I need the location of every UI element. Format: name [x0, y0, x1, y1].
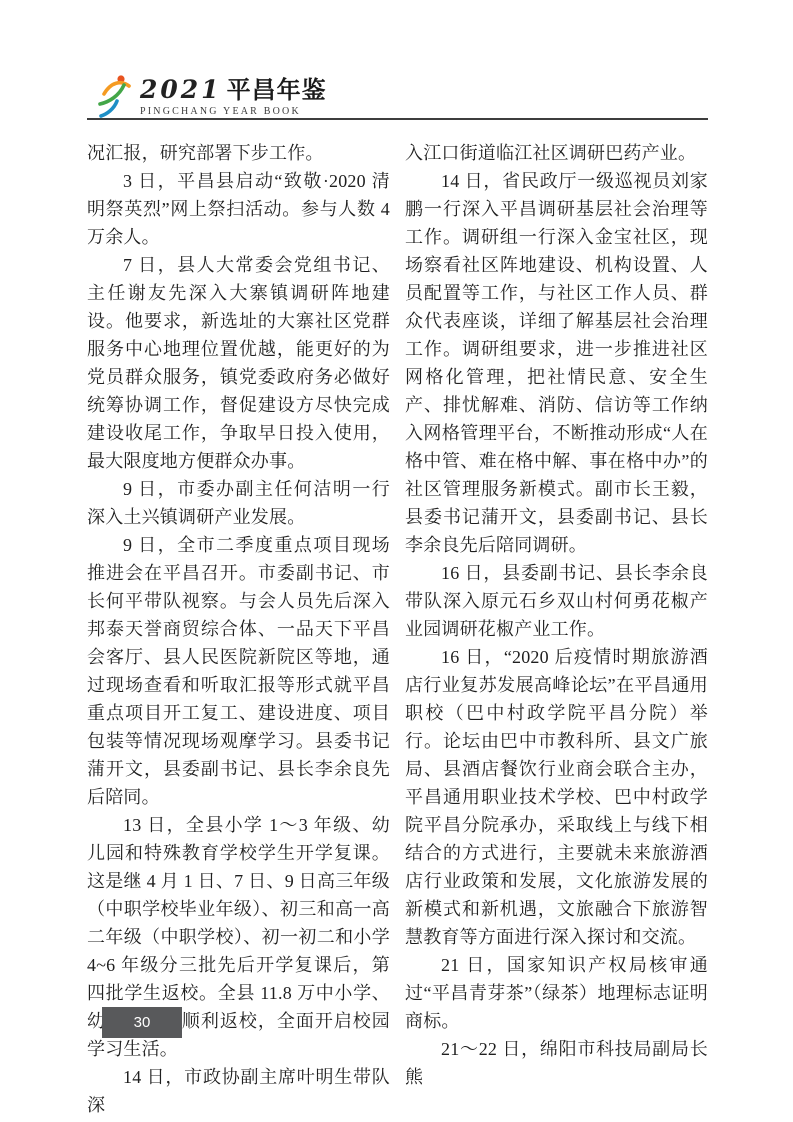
left-column: 况汇报，研究部署下步工作。 3 日，平昌县启动“致敬·2020 清明祭英烈”网上… [87, 139, 390, 1119]
paragraph: 16 日，“2020 后疫情时期旅游酒店行业复苏发展高峰论坛”在平昌通用职校（巴… [405, 643, 708, 951]
page-header: 2021 平昌年鉴 PINGCHANG YEAR BOOK [97, 70, 327, 120]
paragraph: 况汇报，研究部署下步工作。 [87, 139, 390, 167]
page-body: 况汇报，研究部署下步工作。 3 日，平昌县启动“致敬·2020 清明祭英烈”网上… [87, 139, 708, 1119]
paragraph: 入江口街道临江社区调研巴药产业。 [405, 139, 708, 167]
page-number-badge: 30 [102, 1007, 182, 1038]
paragraph: 21〜22 日，绵阳市科技局副局长熊 [405, 1035, 708, 1091]
logo-year: 2021 [140, 75, 222, 104]
logo-title-cn: 平昌年鉴 [227, 70, 327, 105]
logo-text: 2021 平昌年鉴 PINGCHANG YEAR BOOK [140, 70, 327, 117]
logo-title-en: PINGCHANG YEAR BOOK [140, 106, 327, 117]
yearbook-logo-icon [97, 72, 133, 120]
paragraph: 9 日，市委办副主任何洁明一行深入土兴镇调研产业发展。 [87, 475, 390, 531]
header-rule [87, 118, 708, 120]
paragraph: 14 日，省民政厅一级巡视员刘家鹏一行深入平昌调研基层社会治理等工作。调研组一行… [405, 167, 708, 559]
yearbook-page: 2021 平昌年鉴 PINGCHANG YEAR BOOK 况汇报，研究部署下步… [0, 0, 793, 1122]
paragraph: 14 日，市政协副主席叶明生带队深 [87, 1063, 390, 1119]
paragraph: 3 日，平昌县启动“致敬·2020 清明祭英烈”网上祭扫活动。参与人数 4 万余… [87, 167, 390, 251]
paragraph: 21 日，国家知识产权局核审通过“平昌青芽茶”（绿茶）地理标志证明商标。 [405, 951, 708, 1035]
right-column: 入江口街道临江社区调研巴药产业。 14 日，省民政厅一级巡视员刘家鹏一行深入平昌… [405, 139, 708, 1119]
paragraph: 9 日，全市二季度重点项目现场推进会在平昌召开。市委副书记、市长何平带队视察。与… [87, 531, 390, 811]
paragraph: 16 日，县委副书记、县长李余良带队深入原元石乡双山村何勇花椒产业园调研花椒产业… [405, 559, 708, 643]
paragraph: 7 日，县人大常委会党组书记、主任谢友先深入大寨镇调研阵地建设。他要求，新选址的… [87, 251, 390, 475]
page-number: 30 [134, 1014, 151, 1031]
